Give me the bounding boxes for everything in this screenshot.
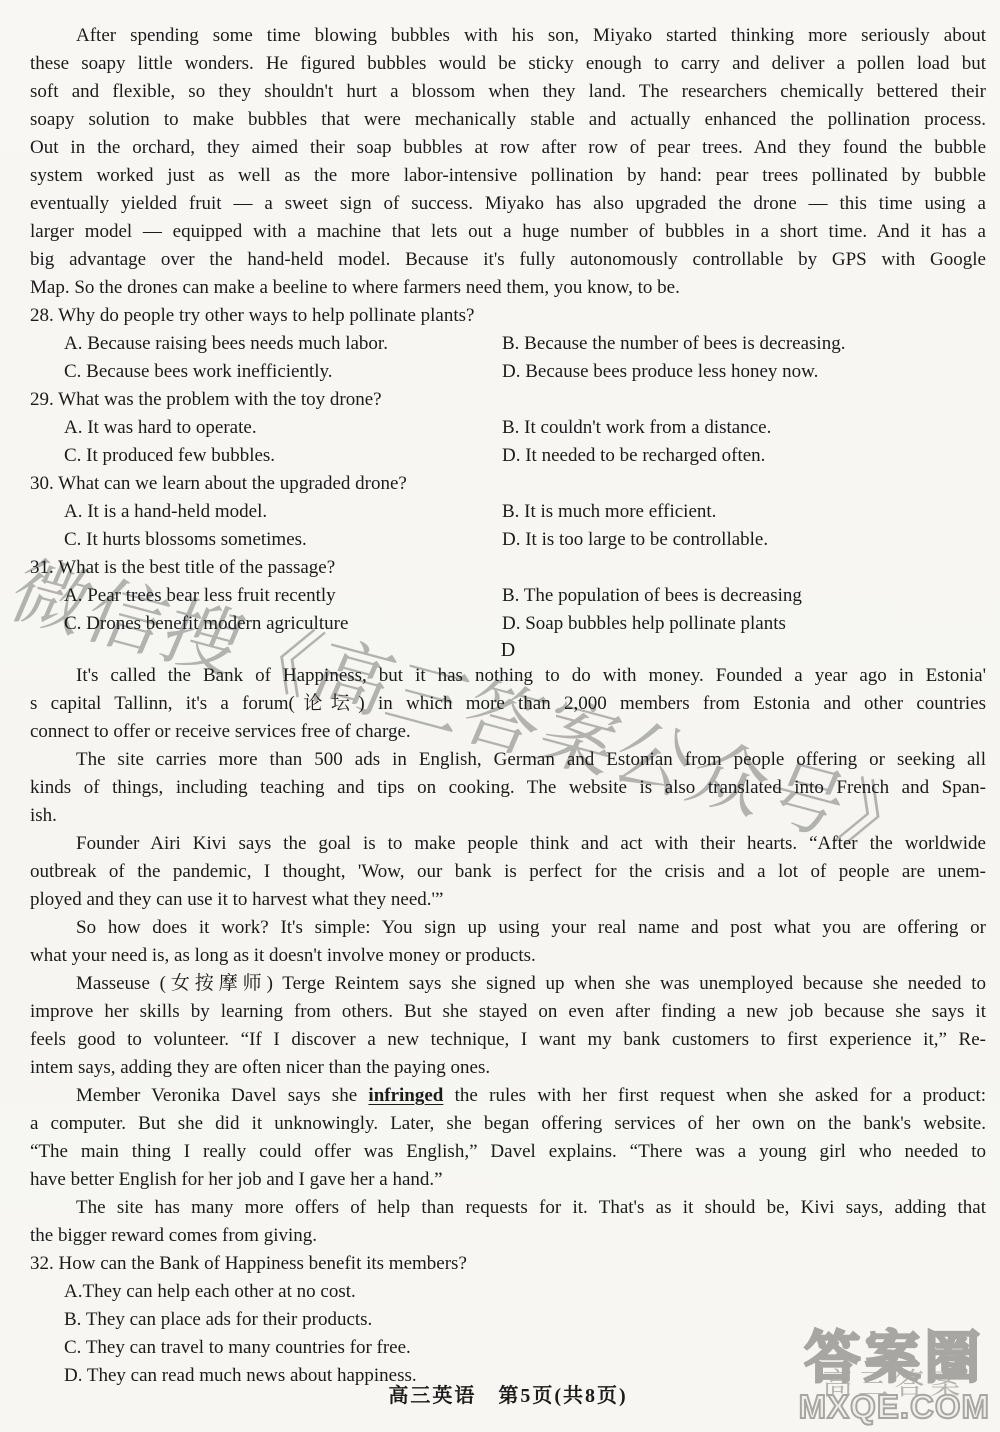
- passage-c-line: eventually yielded fruit — a sweet sign …: [30, 190, 986, 218]
- passage-c-line: soapy solution to make bubbles that were…: [30, 106, 986, 134]
- passage-d-line: intem says, adding they are often nicer …: [30, 1054, 986, 1082]
- answer-circle-logo-text: 答案圈: [799, 1330, 990, 1386]
- option-31-c: C. Drones benefit modern agriculture: [64, 613, 348, 634]
- option-29-a: A. It was hard to operate.: [64, 417, 257, 438]
- question-29-options-row: C. It produced few bubbles. D. It needed…: [30, 442, 986, 470]
- exam-page-scan: 微信搜《高三答案公众号》 After spending some time bl…: [0, 0, 1000, 1432]
- passage-c-line: system worked just as well as the more l…: [30, 162, 986, 190]
- infringed-line-pre: Member Veronika Davel says she: [76, 1085, 368, 1106]
- question-30-options-row: C. It hurts blossoms sometimes. D. It is…: [30, 526, 986, 554]
- option-29-b: B. It couldn't work from a distance.: [502, 414, 771, 442]
- passage-c-line: After spending some time blowing bubbles…: [30, 22, 986, 50]
- passage-d-line: improve her skills by learning from othe…: [30, 998, 986, 1026]
- question-28-stem: 28. Why do people try other ways to help…: [30, 302, 986, 330]
- passage-c-line: Map. So the drones can make a beeline to…: [30, 274, 986, 302]
- passage-d-section-label: D: [30, 638, 986, 662]
- passage-d-line: The site carries more than 500 ads in En…: [30, 746, 986, 774]
- question-28-options-row: A. Because raising bees needs much labor…: [30, 330, 986, 358]
- passage-d-line: feels good to volunteer. “If I discover …: [30, 1026, 986, 1054]
- underlined-word-infringed: infringed: [368, 1085, 443, 1106]
- passage-d-line: “The main thing I really could offer was…: [30, 1138, 986, 1166]
- passage-d-line: have better English for her job and I ga…: [30, 1166, 986, 1194]
- infringed-line-post: the rules with her first request when sh…: [443, 1085, 986, 1106]
- passage-d-line: s capital Tallinn, it's a forum(论坛) in w…: [30, 690, 986, 718]
- passage-d-line: the bigger reward comes from giving.: [30, 1222, 986, 1250]
- question-30-stem: 30. What can we learn about the upgraded…: [30, 470, 986, 498]
- passage-d-line-infringed: Member Veronika Davel says she infringed…: [30, 1082, 986, 1110]
- question-29-stem: 29. What was the problem with the toy dr…: [30, 386, 986, 414]
- passage-d-line: ish.: [30, 802, 986, 830]
- passage-c-line: Out in the orchard, they aimed their soa…: [30, 134, 986, 162]
- option-30-c: C. It hurts blossoms sometimes.: [64, 529, 307, 550]
- option-28-a: A. Because raising bees needs much labor…: [64, 333, 388, 354]
- question-31-options-row: C. Drones benefit modern agriculture D. …: [30, 610, 986, 638]
- option-28-d: D. Because bees produce less honey now.: [502, 358, 818, 386]
- option-30-a: A. It is a hand-held model.: [64, 501, 267, 522]
- passage-c-line: these soapy little wonders. He figured b…: [30, 50, 986, 78]
- passage-d-line: Masseuse (女按摩师) Terge Reintem says she s…: [30, 970, 986, 998]
- option-31-b: B. The population of bees is decreasing: [502, 582, 802, 610]
- option-28-b: B. Because the number of bees is decreas…: [502, 330, 845, 358]
- passage-d-line: a computer. But she did it unknowingly. …: [30, 1110, 986, 1138]
- question-32-stem: 32. How can the Bank of Happiness benefi…: [30, 1250, 986, 1278]
- question-29-options-row: A. It was hard to operate. B. It couldn'…: [30, 414, 986, 442]
- mxqe-site-logo-text: MXQE.COM: [799, 1390, 990, 1424]
- passage-c-line: soft and flexible, so they shouldn't hur…: [30, 78, 986, 106]
- question-31-stem: 31. What is the best title of the passag…: [30, 554, 986, 582]
- passage-d-line: Founder Airi Kivi says the goal is to ma…: [30, 830, 986, 858]
- question-28-options-row: C. Because bees work inefficiently. D. B…: [30, 358, 986, 386]
- passage-d-line: So how does it work? It's simple: You si…: [30, 914, 986, 942]
- passage-d-line: The site has many more offers of help th…: [30, 1194, 986, 1222]
- option-29-d: D. It needed to be recharged often.: [502, 442, 765, 470]
- option-30-b: B. It is much more efficient.: [502, 498, 716, 526]
- option-32-a: A.They can help each other at no cost.: [30, 1278, 986, 1306]
- question-31-options-row: A. Pear trees bear less fruit recently B…: [30, 582, 986, 610]
- passage-d-line: what your need is, as long as it doesn't…: [30, 942, 986, 970]
- option-30-d: D. It is too large to be controllable.: [502, 526, 768, 554]
- option-31-d: D. Soap bubbles help pollinate plants: [502, 610, 786, 638]
- exam-text-block: After spending some time blowing bubbles…: [30, 22, 986, 1410]
- option-28-c: C. Because bees work inefficiently.: [64, 361, 333, 382]
- passage-c-line: big advantage over the hand-held model. …: [30, 246, 986, 274]
- passage-d-line: outbreak of the pandemic, I thought, 'Wo…: [30, 858, 986, 886]
- answer-site-logo: 答案圈 高三答案 MXQE.COM: [799, 1330, 990, 1424]
- passage-d-line: It's called the Bank of Happiness, but i…: [30, 662, 986, 690]
- passage-d-line: ployed and they can use it to harvest wh…: [30, 886, 986, 914]
- option-29-c: C. It produced few bubbles.: [64, 445, 275, 466]
- question-30-options-row: A. It is a hand-held model. B. It is muc…: [30, 498, 986, 526]
- passage-c-line: larger model — equipped with a machine t…: [30, 218, 986, 246]
- passage-d-line: kinds of things, including teaching and …: [30, 774, 986, 802]
- passage-d-line: connect to offer or receive services fre…: [30, 718, 986, 746]
- option-31-a: A. Pear trees bear less fruit recently: [64, 585, 336, 606]
